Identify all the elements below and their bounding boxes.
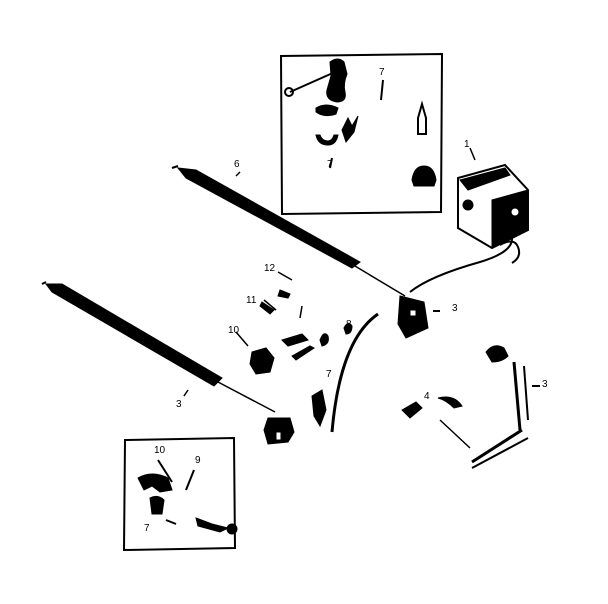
callout-6: 5 <box>314 398 320 408</box>
callout-9b: 9 <box>195 456 201 466</box>
callout-4: 3 <box>542 380 548 390</box>
upper-inset <box>281 54 442 214</box>
callout-3b: 3 <box>452 304 458 314</box>
callout-7b: 7 <box>326 370 332 380</box>
lower-thermocouple <box>42 282 275 412</box>
callout-5: 4 <box>424 392 430 402</box>
manifold-curve <box>332 314 378 432</box>
callout-9a: 8 <box>346 320 352 330</box>
callout-7a: 6 <box>234 160 240 170</box>
callout-10c: 10 <box>154 446 165 456</box>
callout-7d: 7 <box>144 524 150 534</box>
burner <box>402 346 540 468</box>
lower-inset <box>124 438 237 550</box>
upper-bracket <box>398 296 440 338</box>
middle-pilot-cluster <box>250 290 352 374</box>
callout-7c: 7 <box>327 160 333 170</box>
callout-8: 7 <box>379 68 385 78</box>
callout-1: 1 <box>464 140 470 150</box>
callout-12: 12 <box>264 264 275 274</box>
callout-10b: 10 <box>228 326 239 336</box>
callout-11: 11 <box>246 296 256 306</box>
gas-valve <box>458 148 528 263</box>
callout-3a: 3 <box>176 400 182 410</box>
upper-thermocouple <box>172 166 405 296</box>
parts-diagram <box>0 0 608 604</box>
